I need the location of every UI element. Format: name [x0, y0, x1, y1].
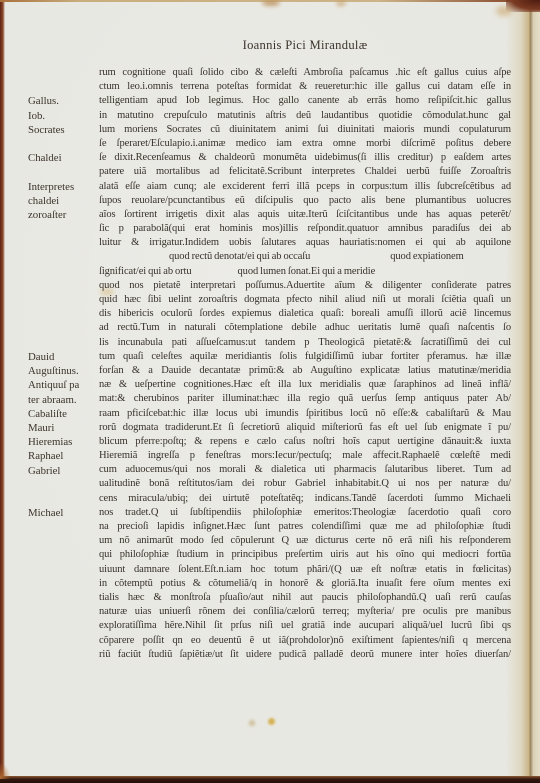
- text-line: rorũ dogmata tradiderunt.Et ſi ſecretior…: [99, 421, 511, 435]
- text-line: alatã eſſe aiam cunq; ale exciderent fer…: [99, 180, 511, 194]
- text-line: lum moriens Socrates cũ diuinitatem anim…: [99, 123, 511, 137]
- text-line: qui philoſophiæ ſtudium in principibus p…: [99, 548, 511, 562]
- margin-note: Auguſtinus.: [28, 365, 102, 378]
- text-line: nos tradet.Q ui ſubſtipendiis philoſophi…: [99, 506, 511, 520]
- text-line: uiuunt damnare ſolent.Eſt.n.iam hoc totu…: [99, 563, 511, 577]
- text-line: cens miracula/ubiq; dei uirtutẽ poteſtat…: [99, 492, 511, 506]
- margin-note: Gallus.: [28, 95, 102, 108]
- text-line: quod nos pietatẽ interpretari poſſumus.A…: [99, 279, 511, 293]
- text-line: tum quaſi celeſtes aquilæ meridiantis ſo…: [99, 350, 511, 364]
- text-line: dis hibericis oculorũ ſordes expiemus di…: [99, 307, 511, 321]
- text-line: ſe ſperaret/Eſculapio.i.animæ medico iam…: [99, 137, 511, 151]
- page-top-edge: [0, 0, 540, 2]
- text-line: in cõtemptũ potius & cõtumeliã/q in hono…: [99, 577, 511, 591]
- text-line: telligentiam apud Iob legimus. Hoc gallo…: [99, 94, 511, 108]
- margin-note: Antiquuſ pa: [28, 379, 102, 392]
- blank-space: [310, 258, 390, 259]
- blank-space: [99, 258, 169, 259]
- running-head: Ioannis Pici Mirandulæ: [99, 38, 511, 53]
- blank-space: [192, 273, 238, 274]
- margin-note: Chaldei: [28, 152, 102, 165]
- text-segment: quod rectũ denotat/ei qui ab occaſu: [169, 251, 310, 262]
- text-segment: quod lumen ſonat.Ei qui a meridie: [238, 266, 376, 277]
- page-bottom-edge: [0, 776, 540, 783]
- book-page: Ioannis Pici Mirandulæ Gallus.Iob.Socrat…: [0, 0, 540, 783]
- page-stack-edge: [506, 0, 540, 783]
- margin-note: Dauid: [28, 351, 102, 364]
- text-line: quod rectũ denotat/ei qui ab occaſuquod …: [99, 250, 511, 264]
- text-line: cum aduocemus/qui nos morali & dialetica…: [99, 463, 511, 477]
- margin-note: Socrates: [28, 124, 102, 137]
- text-line: ctum leo.i.omnis terrena poteſtas formid…: [99, 80, 511, 94]
- text-line: riũ faciũt ſtudiũ ſapiẽtiæ/ut ſit uidere…: [99, 648, 511, 662]
- text-segment: ſignificat/ei qui ab ortu: [99, 266, 192, 277]
- margin-note: Hieremias: [28, 436, 102, 449]
- text-segment: quod expiationem: [390, 251, 463, 262]
- book-binding-edge: [0, 0, 5, 783]
- text-line: ad rectũ.Tum in naturali cõtemplatione d…: [99, 321, 511, 335]
- margin-note: zoroaſter: [28, 209, 102, 222]
- margin-note: Interpretes: [28, 181, 102, 194]
- margin-note: chaldei: [28, 195, 102, 208]
- text-line: quid hæc ſibi uelint zoroaſtris dogmata …: [99, 293, 511, 307]
- margin-note: ter abraam.: [28, 394, 102, 407]
- text-line: patere uiã mortalibus ad felicitatẽ.Scri…: [99, 165, 511, 179]
- text-line: ſic p parabolã(qui erat hominis mos)illi…: [99, 222, 511, 236]
- text-line: in matutino crepuſculo matutinis aſtris …: [99, 109, 511, 123]
- text-line: ſupos reuolare/pcunctantibus eũ diſcipul…: [99, 194, 511, 208]
- text-line: luitur & irrigatur.Indidem uobis ſalutar…: [99, 236, 511, 250]
- margin-note: Cabaliſte: [28, 408, 102, 421]
- margin-note: Raphael: [28, 450, 102, 463]
- text-line: næ & ueſpertine cognitiones.Hæc eſt illa…: [99, 378, 511, 392]
- text-line: exploratiſſima hẽre.Nihil ſit prſus niſi…: [99, 619, 511, 633]
- text-line: raam pficiſcebat:hic illæ locus ubi imun…: [99, 407, 511, 421]
- text-line: cõparere poſſit qn eo deuentũ ẽ ut iã(pr…: [99, 634, 511, 648]
- text-line: rum cognitione quaſi ſolido cibo & cæleſ…: [99, 66, 511, 80]
- text-block: rum cognitione quaſi ſolido cibo & cæleſ…: [99, 66, 511, 668]
- text-line: ualitudinẽ bonã reſtitutos/iam dei robur…: [99, 477, 511, 491]
- margin-note: Mauri: [28, 422, 102, 435]
- margin-note: Iob.: [28, 110, 102, 123]
- text-line: na precioſi lapidis inſignet.Hæc ſunt pa…: [99, 520, 511, 534]
- text-line: forſan & a Dauide decantatæ primũ:& ab A…: [99, 364, 511, 378]
- foxing-stain: [268, 718, 275, 725]
- text-line: ſe dixit.Recenſeamus & chaldeorũ monumẽt…: [99, 151, 511, 165]
- text-line: mat:& cherubinos pariter illuminat:hæc i…: [99, 392, 511, 406]
- margin-note: Michael: [28, 507, 102, 520]
- text-line: Hieremiã ingreſſa p feneſtras mors:Iecur…: [99, 449, 511, 463]
- text-line: lis incunabula pati aſſueſcamus:ut tande…: [99, 336, 511, 350]
- text-line: naturæ uias uniuerſi rõnem dei conſilia/…: [99, 605, 511, 619]
- text-line: aĩos ſortirent irrigetis dixit alas aqui…: [99, 208, 511, 222]
- text-line: um nõ animarũt modo ſed cõpulerunt Q uæ …: [99, 534, 511, 548]
- text-line: ſignificat/ei qui ab ortuquod lumen ſona…: [99, 265, 511, 279]
- corner-stain: [0, 763, 10, 779]
- text-line: tialis hæc & monſtroſa pſuaſio/aut nihil…: [99, 591, 511, 605]
- foxing-stain: [249, 720, 255, 726]
- text-line: blicum pferre:poſtq; & repens e cælo caſ…: [99, 435, 511, 449]
- corner-shadow: [506, 0, 540, 12]
- margin-note: Gabriel: [28, 465, 102, 478]
